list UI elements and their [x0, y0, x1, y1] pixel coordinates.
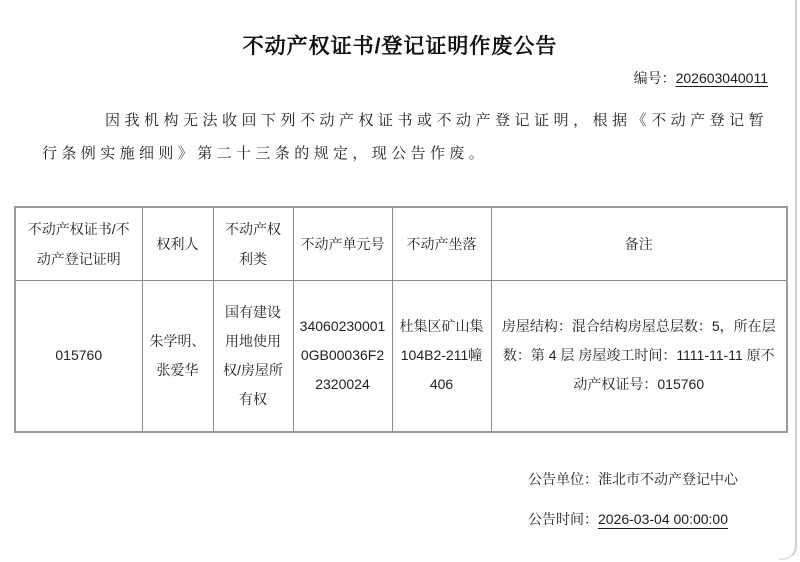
- header-right-type: 不动产权利类: [213, 207, 293, 280]
- announcement-unit-value: 淮北市不动产登记中心: [598, 471, 738, 487]
- intro-paragraph: 因我机构无法收回下列不动产权证书或不动产登记证明，根据《不动产登记暂行条例实施细…: [42, 104, 768, 170]
- serial-number-line: 编号：202603040011: [0, 68, 768, 88]
- table-header-row: 不动产权证书/不动产登记证明 权利人 不动产权利类 不动产单元号 不动产坐落 备…: [15, 207, 787, 280]
- header-certificate-no: 不动产权证书/不动产登记证明: [15, 207, 142, 280]
- announcement-unit-line: 公告单位：淮北市不动产登记中心: [528, 469, 800, 489]
- cell-location: 杜集区矿山集104B2-211幢406: [392, 280, 491, 432]
- announcement-unit-label: 公告单位：: [528, 471, 598, 487]
- announcement-page: 不动产权证书/登记证明作废公告 编号：202603040011 因我机构无法收回…: [0, 0, 800, 562]
- table-row: 015760 朱学明、张爱华 国有建设用地使用权/房屋所有权 340602300…: [15, 280, 787, 432]
- cell-remark: 房屋结构：混合结构房屋总层数：5，所在层数：第 4 层 房屋竣工时间：1111-…: [491, 280, 787, 432]
- header-remark: 备注: [491, 207, 787, 280]
- invalidation-table: 不动产权证书/不动产登记证明 权利人 不动产权利类 不动产单元号 不动产坐落 备…: [14, 206, 788, 433]
- header-location: 不动产坐落: [392, 207, 491, 280]
- serial-number-value: 202603040011: [676, 70, 768, 86]
- announcement-time-line: 公告时间：2026-03-04 00:00:00: [528, 509, 800, 529]
- cell-certificate-no: 015760: [15, 280, 142, 432]
- header-holder: 权利人: [142, 207, 213, 280]
- cell-holder: 朱学明、张爱华: [142, 280, 213, 432]
- announcement-time-label: 公告时间：: [528, 511, 598, 527]
- footer: 公告单位：淮北市不动产登记中心 公告时间：2026-03-04 00:00:00: [528, 469, 800, 529]
- page-title: 不动产权证书/登记证明作废公告: [0, 30, 800, 60]
- header-unit-no: 不动产单元号: [293, 207, 392, 280]
- cell-right-type: 国有建设用地使用权/房屋所有权: [213, 280, 293, 432]
- table-body: 015760 朱学明、张爱华 国有建设用地使用权/房屋所有权 340602300…: [15, 280, 787, 432]
- table-header: 不动产权证书/不动产登记证明 权利人 不动产权利类 不动产单元号 不动产坐落 备…: [15, 207, 787, 280]
- cell-unit-no: 340602300010GB00036F22320024: [293, 280, 392, 432]
- serial-number-label: 编号：: [634, 70, 676, 86]
- announcement-time-value: 2026-03-04 00:00:00: [598, 511, 728, 527]
